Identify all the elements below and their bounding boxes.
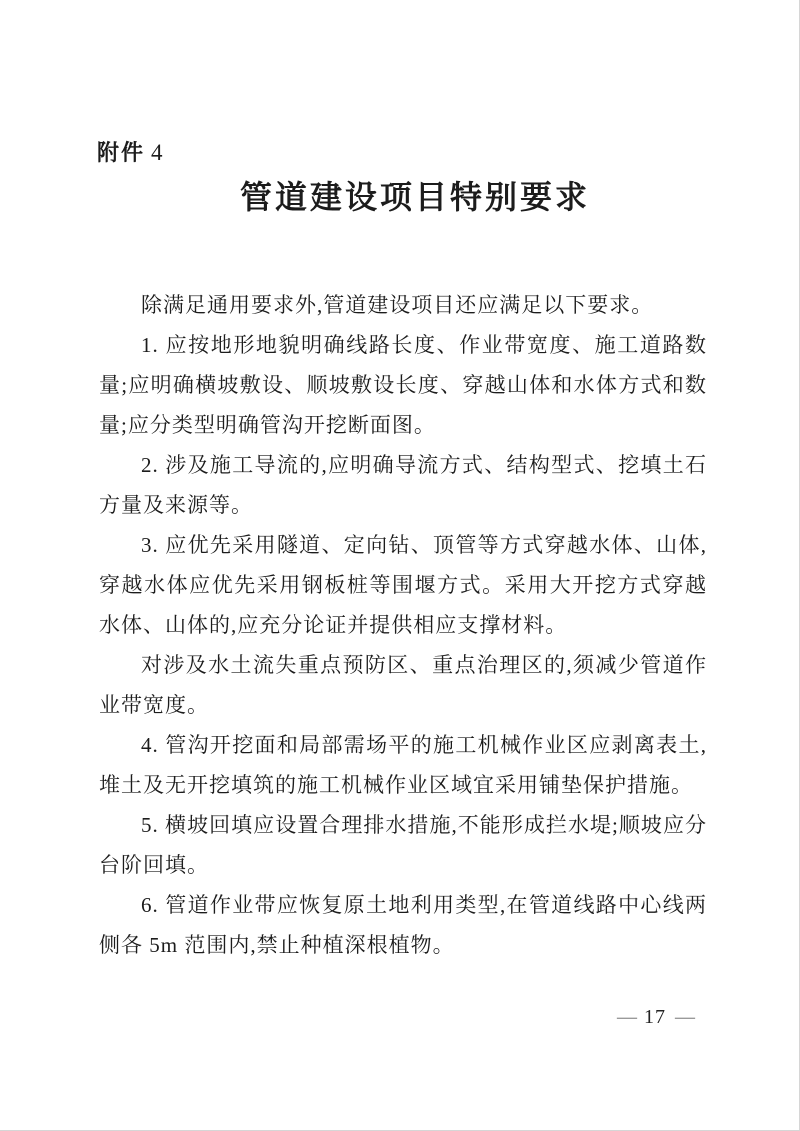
paragraph: 3. 应优先采用隧道、定向钻、顶管等方式穿越水体、山体,穿越水体应优先采用钢板桩… [99, 525, 707, 645]
page-title: 管道建设项目特别要求 [0, 172, 800, 218]
paragraph: 除满足通用要求外,管道建设项目还应满足以下要求。 [99, 285, 707, 325]
attachment-label: 附件4 [97, 136, 165, 167]
page-footer: — 17 — [608, 1006, 702, 1029]
footer-left-dash: — [608, 1006, 644, 1029]
paragraph: 对涉及水土流失重点预防区、重点治理区的,须减少管道作业带宽度。 [99, 645, 707, 725]
paragraph: 1. 应按地形地貌明确线路长度、作业带宽度、施工道路数量;应明确横坡敷设、顺坡敷… [99, 325, 707, 445]
paragraph: 5. 横坡回填应设置合理排水措施,不能形成拦水堤;顺坡应分台阶回填。 [99, 805, 707, 885]
paragraph: 2. 涉及施工导流的,应明确导流方式、结构型式、挖填土石方量及来源等。 [99, 445, 707, 525]
paragraph: 4. 管沟开挖面和局部需场平的施工机械作业区应剥离表土,堆土及无开挖填筑的施工机… [99, 725, 707, 805]
footer-right-dash: — [666, 1006, 702, 1029]
page-number: 17 [644, 1006, 666, 1029]
attachment-number: 4 [151, 140, 165, 165]
document-page: 附件4 管道建设项目特别要求 除满足通用要求外,管道建设项目还应满足以下要求。1… [0, 0, 800, 1131]
attachment-prefix: 附件 [97, 140, 145, 165]
document-body: 除满足通用要求外,管道建设项目还应满足以下要求。1. 应按地形地貌明确线路长度、… [99, 285, 707, 965]
paragraph: 6. 管道作业带应恢复原土地利用类型,在管道线路中心线两侧各 5m 范围内,禁止… [99, 885, 707, 965]
